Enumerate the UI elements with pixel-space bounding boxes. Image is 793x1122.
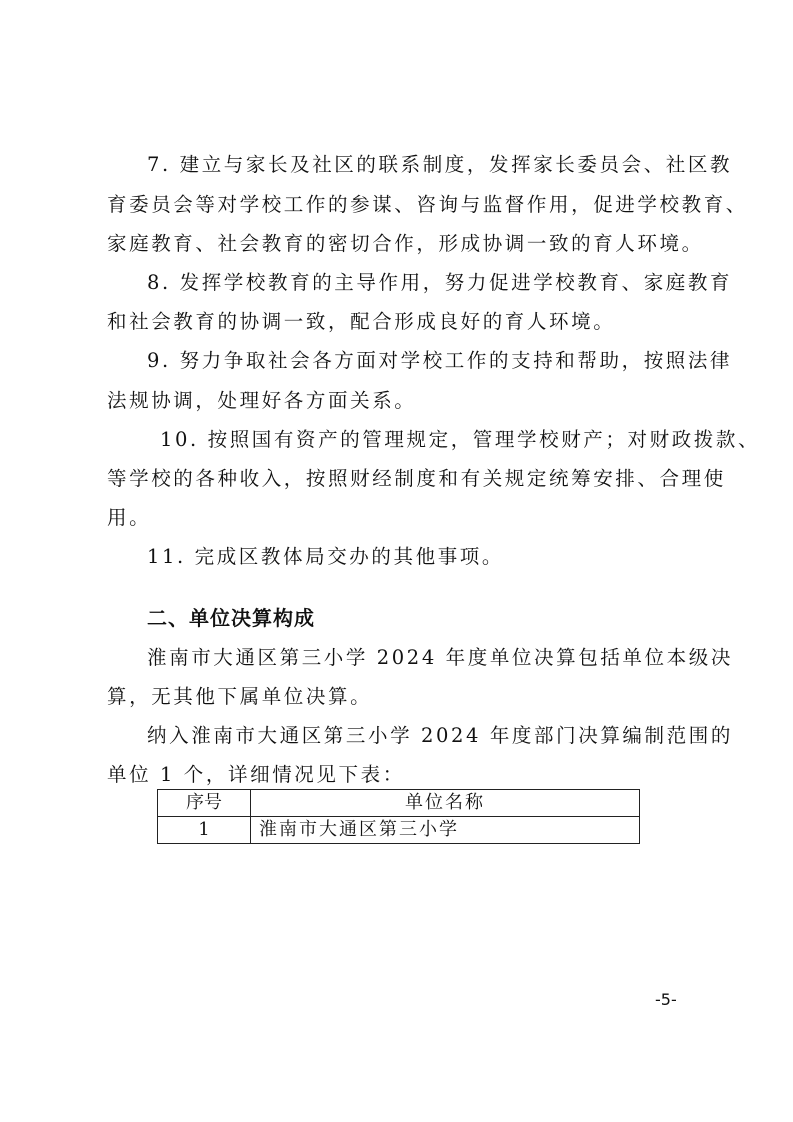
section-paragraph-1-line-2: 算，无其他下属单位决算。	[107, 684, 697, 710]
paragraph-10-line-2: 等学校的各种收入，按照财经制度和有关规定统筹安排、合理使	[107, 466, 697, 492]
paragraph-7-line-3: 家庭教育、社会教育的密切合作，形成协调一致的育人环境。	[107, 231, 697, 257]
table-cell-unit-name: 淮南市大通区第三小学	[251, 817, 640, 844]
section-paragraph-2-line-2: 单位 1 个，详细情况见下表：	[107, 762, 697, 788]
paragraph-10-line-3: 用。	[107, 505, 697, 531]
paragraph-10-line-1: 10. 按照国有资产的管理规定，管理学校财产；对财政拨款、	[160, 427, 750, 453]
table-header-index: 序号	[158, 790, 251, 817]
table-header-row: 序号 单位名称	[158, 790, 640, 817]
section-paragraph-1-line-1: 淮南市大通区第三小学 2024 年度单位决算包括单位本级决	[147, 645, 737, 671]
section-heading: 二、单位决算构成	[147, 605, 315, 631]
paragraph-7-line-1: 7. 建立与家长及社区的联系制度，发挥家长委员会、社区教	[147, 152, 737, 178]
document-page: 7. 建立与家长及社区的联系制度，发挥家长委员会、社区教 育委员会等对学校工作的…	[0, 0, 793, 1122]
section-paragraph-2-line-1: 纳入淮南市大通区第三小学 2024 年度部门决算编制范围的	[147, 723, 737, 749]
paragraph-8-line-2: 和社会教育的协调一致，配合形成良好的育人环境。	[107, 309, 697, 335]
page-number: -5-	[655, 990, 677, 1009]
table-header-unit-name: 单位名称	[251, 790, 640, 817]
table-cell-index: 1	[158, 817, 251, 844]
paragraph-11-line-1: 11. 完成区教体局交办的其他事项。	[147, 544, 737, 570]
paragraph-9-line-1: 9. 努力争取社会各方面对学校工作的支持和帮助，按照法律	[147, 348, 737, 374]
paragraph-8-line-1: 8. 发挥学校教育的主导作用，努力促进学校教育、家庭教育	[147, 270, 737, 296]
paragraph-9-line-2: 法规协调，处理好各方面关系。	[107, 388, 697, 414]
paragraph-7-line-2: 育委员会等对学校工作的参谋、咨询与监督作用，促进学校教育、	[107, 192, 697, 218]
table-row: 1 淮南市大通区第三小学	[158, 817, 640, 844]
unit-table: 序号 单位名称 1 淮南市大通区第三小学	[157, 789, 640, 844]
